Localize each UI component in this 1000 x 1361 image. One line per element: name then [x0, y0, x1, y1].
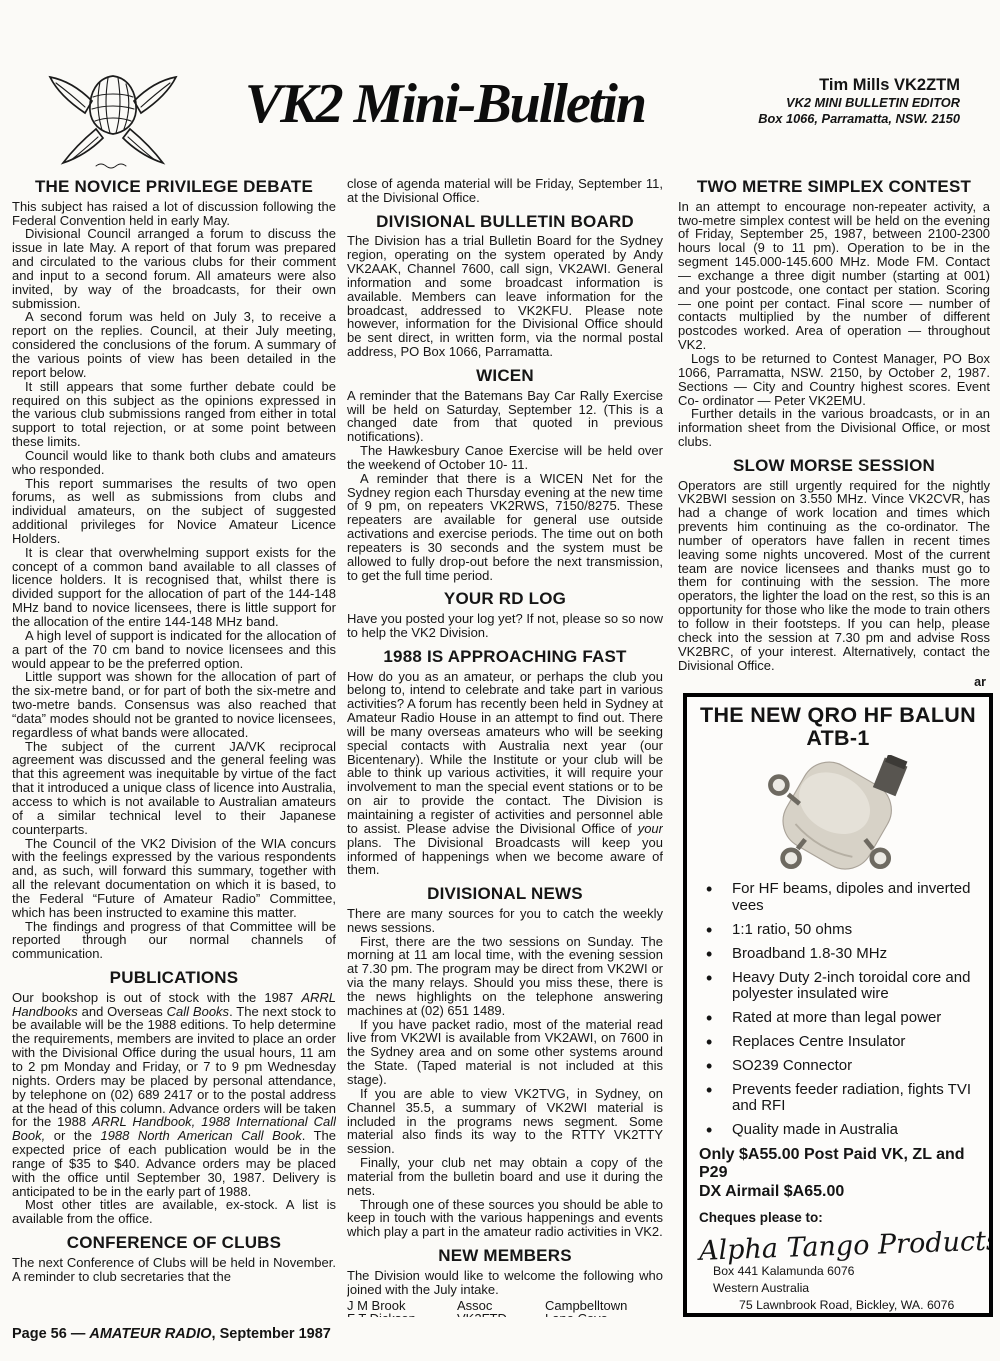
editor-address: Box 1066, Parramatta, NSW. 2150 — [660, 111, 960, 126]
editor-block: Tim Mills VK2ZTM VK2 MINI BULLETIN EDITO… — [660, 76, 960, 126]
publication-title: VK2 Mini-Bulletin — [210, 76, 680, 132]
article-paragraph: A reminder that the Batemans Bay Car Ral… — [347, 389, 663, 444]
article-paragraph: If you are able to view VK2TVG, in Sydne… — [347, 1087, 663, 1156]
article-paragraph: Little support was shown for the allocat… — [12, 670, 336, 739]
article-paragraph: Operators are still urgently required fo… — [678, 479, 990, 673]
member-cell: Assoc — [457, 1299, 545, 1313]
editor-name: Tim Mills VK2ZTM — [660, 76, 960, 95]
member-cell: VK2FTD — [457, 1312, 545, 1317]
article-paragraph: The next Conference of Clubs will be hel… — [12, 1256, 336, 1284]
article-paragraph: Finally, your club net may obtain a copy… — [347, 1156, 663, 1198]
article-paragraph: A second forum was held on July 3, to re… — [12, 310, 336, 379]
masthead: VK2 Mini-Bulletin Tim Mills VK2ZTM VK2 M… — [0, 58, 1000, 176]
footer-magazine-title: AMATEUR RADIO — [89, 1326, 211, 1342]
article-paragraph: In an attempt to encourage non-repeater … — [678, 200, 990, 352]
member-row: F T DicksonVK2FTDLane Cove — [347, 1312, 663, 1317]
footer-issue-date: , September 1987 — [212, 1326, 331, 1342]
member-cell: J M Brook — [347, 1299, 457, 1313]
ad-bullet-list: For HF beams, dipoles and inverted vees1… — [699, 881, 977, 1139]
ad-bullet-item: Broadband 1.8-30 MHz — [699, 946, 977, 963]
ad-bullet-item: SO239 Connector — [699, 1058, 977, 1075]
ad-bullet-item: Prevents feeder radiation, fights TVI an… — [699, 1082, 977, 1116]
article-heading: NEW MEMBERS — [347, 1247, 663, 1266]
article-paragraph: It still appears that some further debat… — [12, 380, 336, 449]
article-paragraph: A high level of support is indicated for… — [12, 629, 336, 671]
ad-title-line1: THE NEW QRO HF BALUN — [699, 704, 977, 727]
ad-company-signature: Alpha Tango Products — [699, 1226, 978, 1267]
ad-bullet-item: Replaces Centre Insulator — [699, 1034, 977, 1051]
article-paragraph: It is clear that overwhelming support ex… — [12, 546, 336, 629]
end-of-article-marker: ar — [678, 676, 990, 689]
column-3: TWO METRE SIMPLEX CONTESTIn an attempt t… — [678, 177, 990, 689]
article-paragraph: If you have packet radio, most of the ma… — [347, 1018, 663, 1087]
article-heading: DIVISIONAL BULLETIN BOARD — [347, 213, 663, 232]
article-paragraph: This subject has raised a lot of discuss… — [12, 200, 336, 228]
ad-address-line3: 75 Lawnbrook Road, Bickley, WA. 6076 — [739, 1298, 977, 1313]
ad-bullet-item: For HF beams, dipoles and inverted vees — [699, 881, 977, 915]
article-paragraph: This report summarises the results of tw… — [12, 477, 336, 546]
column-2: close of agenda material will be Friday,… — [347, 177, 663, 1317]
article-heading: 1988 IS APPROACHING FAST — [347, 648, 663, 667]
article-paragraph: Logs to be returned to Contest Manager, … — [678, 352, 990, 407]
article-paragraph: A reminder that there is a WICEN Net for… — [347, 472, 663, 583]
article-heading: THE NOVICE PRIVILEGE DEBATE — [12, 178, 336, 197]
article-paragraph: Further details in the various broadcast… — [678, 407, 990, 449]
ad-address-line2: Western Australia — [713, 1281, 977, 1296]
ad-address-line1: Box 441 Kalamunda 6076 — [713, 1264, 977, 1279]
ad-title-line2: ATB-1 — [699, 727, 977, 750]
article-paragraph: The subject of the current JA/VK recipro… — [12, 740, 336, 837]
member-cell: Campbelltown — [545, 1299, 663, 1313]
article-paragraph: The Division has a trial Bulletin Board … — [347, 234, 663, 359]
article-paragraph: Our bookshop is out of stock with the 19… — [12, 991, 336, 1199]
article-paragraph: The Hawkesbury Canoe Exercise will be he… — [347, 444, 663, 472]
member-cell: F T Dickson — [347, 1312, 457, 1317]
article-heading: DIVISIONAL NEWS — [347, 885, 663, 904]
article-paragraph: Council would like to thank both clubs a… — [12, 449, 336, 477]
article-heading: PUBLICATIONS — [12, 969, 336, 988]
ad-bullet-item: Quality made in Australia — [699, 1122, 977, 1139]
balun-product-photo — [733, 755, 943, 877]
article-paragraph: Through one of these sources you should … — [347, 1198, 663, 1240]
article-paragraph: The Division would like to welcome the f… — [347, 1269, 663, 1297]
ad-bullet-item: Rated at more than legal power — [699, 1010, 977, 1027]
member-cell: Lane Cove — [545, 1312, 663, 1317]
new-members-table: J M BrookAssocCampbelltownF T DicksonVK2… — [347, 1299, 663, 1318]
article-paragraph: close of agenda material will be Friday,… — [347, 177, 663, 205]
article-paragraph: First, there are the two sessions on Sun… — [347, 935, 663, 1018]
advertisement-box: THE NEW QRO HF BALUN ATB-1 For HF beams, — [683, 693, 993, 1317]
article-paragraph: Have you posted your log yet? If not, pl… — [347, 612, 663, 640]
article-heading: YOUR RD LOG — [347, 590, 663, 609]
article-paragraph: The Council of the VK2 Division of the W… — [12, 837, 336, 920]
ad-bullet-item: Heavy Duty 2-inch toroidal core and poly… — [699, 970, 977, 1004]
waratah-flower-icon — [38, 62, 188, 174]
ad-bullet-item: 1:1 ratio, 50 ohms — [699, 922, 977, 939]
ad-price-line1: Only $A55.00 Post Paid VK, ZL and P29 — [699, 1146, 977, 1182]
article-paragraph: Most other titles are available, ex-stoc… — [12, 1198, 336, 1226]
article-paragraph: Divisional Council arranged a forum to d… — [12, 227, 336, 310]
article-heading: CONFERENCE OF CLUBS — [12, 1234, 336, 1253]
article-heading: WICEN — [347, 367, 663, 386]
article-heading: TWO METRE SIMPLEX CONTEST — [678, 178, 990, 197]
ad-price-line2: DX Airmail $A65.00 — [699, 1183, 977, 1201]
page-footer: Page 56 — AMATEUR RADIO, September 1987 — [12, 1326, 331, 1342]
column-1: THE NOVICE PRIVILEGE DEBATEThis subject … — [12, 177, 336, 1317]
member-row: J M BrookAssocCampbelltown — [347, 1299, 663, 1313]
article-paragraph: How do you as an amateur, or perhaps the… — [347, 670, 663, 878]
article-heading: SLOW MORSE SESSION — [678, 457, 990, 476]
editor-role: VK2 MINI BULLETIN EDITOR — [660, 95, 960, 110]
article-paragraph: The findings and progress of that Commit… — [12, 920, 336, 962]
ad-cheques-label: Cheques please to: — [699, 1210, 977, 1225]
article-paragraph: There are many sources for you to catch … — [347, 907, 663, 935]
magazine-page: VK2 Mini-Bulletin Tim Mills VK2ZTM VK2 M… — [0, 0, 1000, 1361]
footer-page-label: Page 56 — — [12, 1326, 89, 1342]
